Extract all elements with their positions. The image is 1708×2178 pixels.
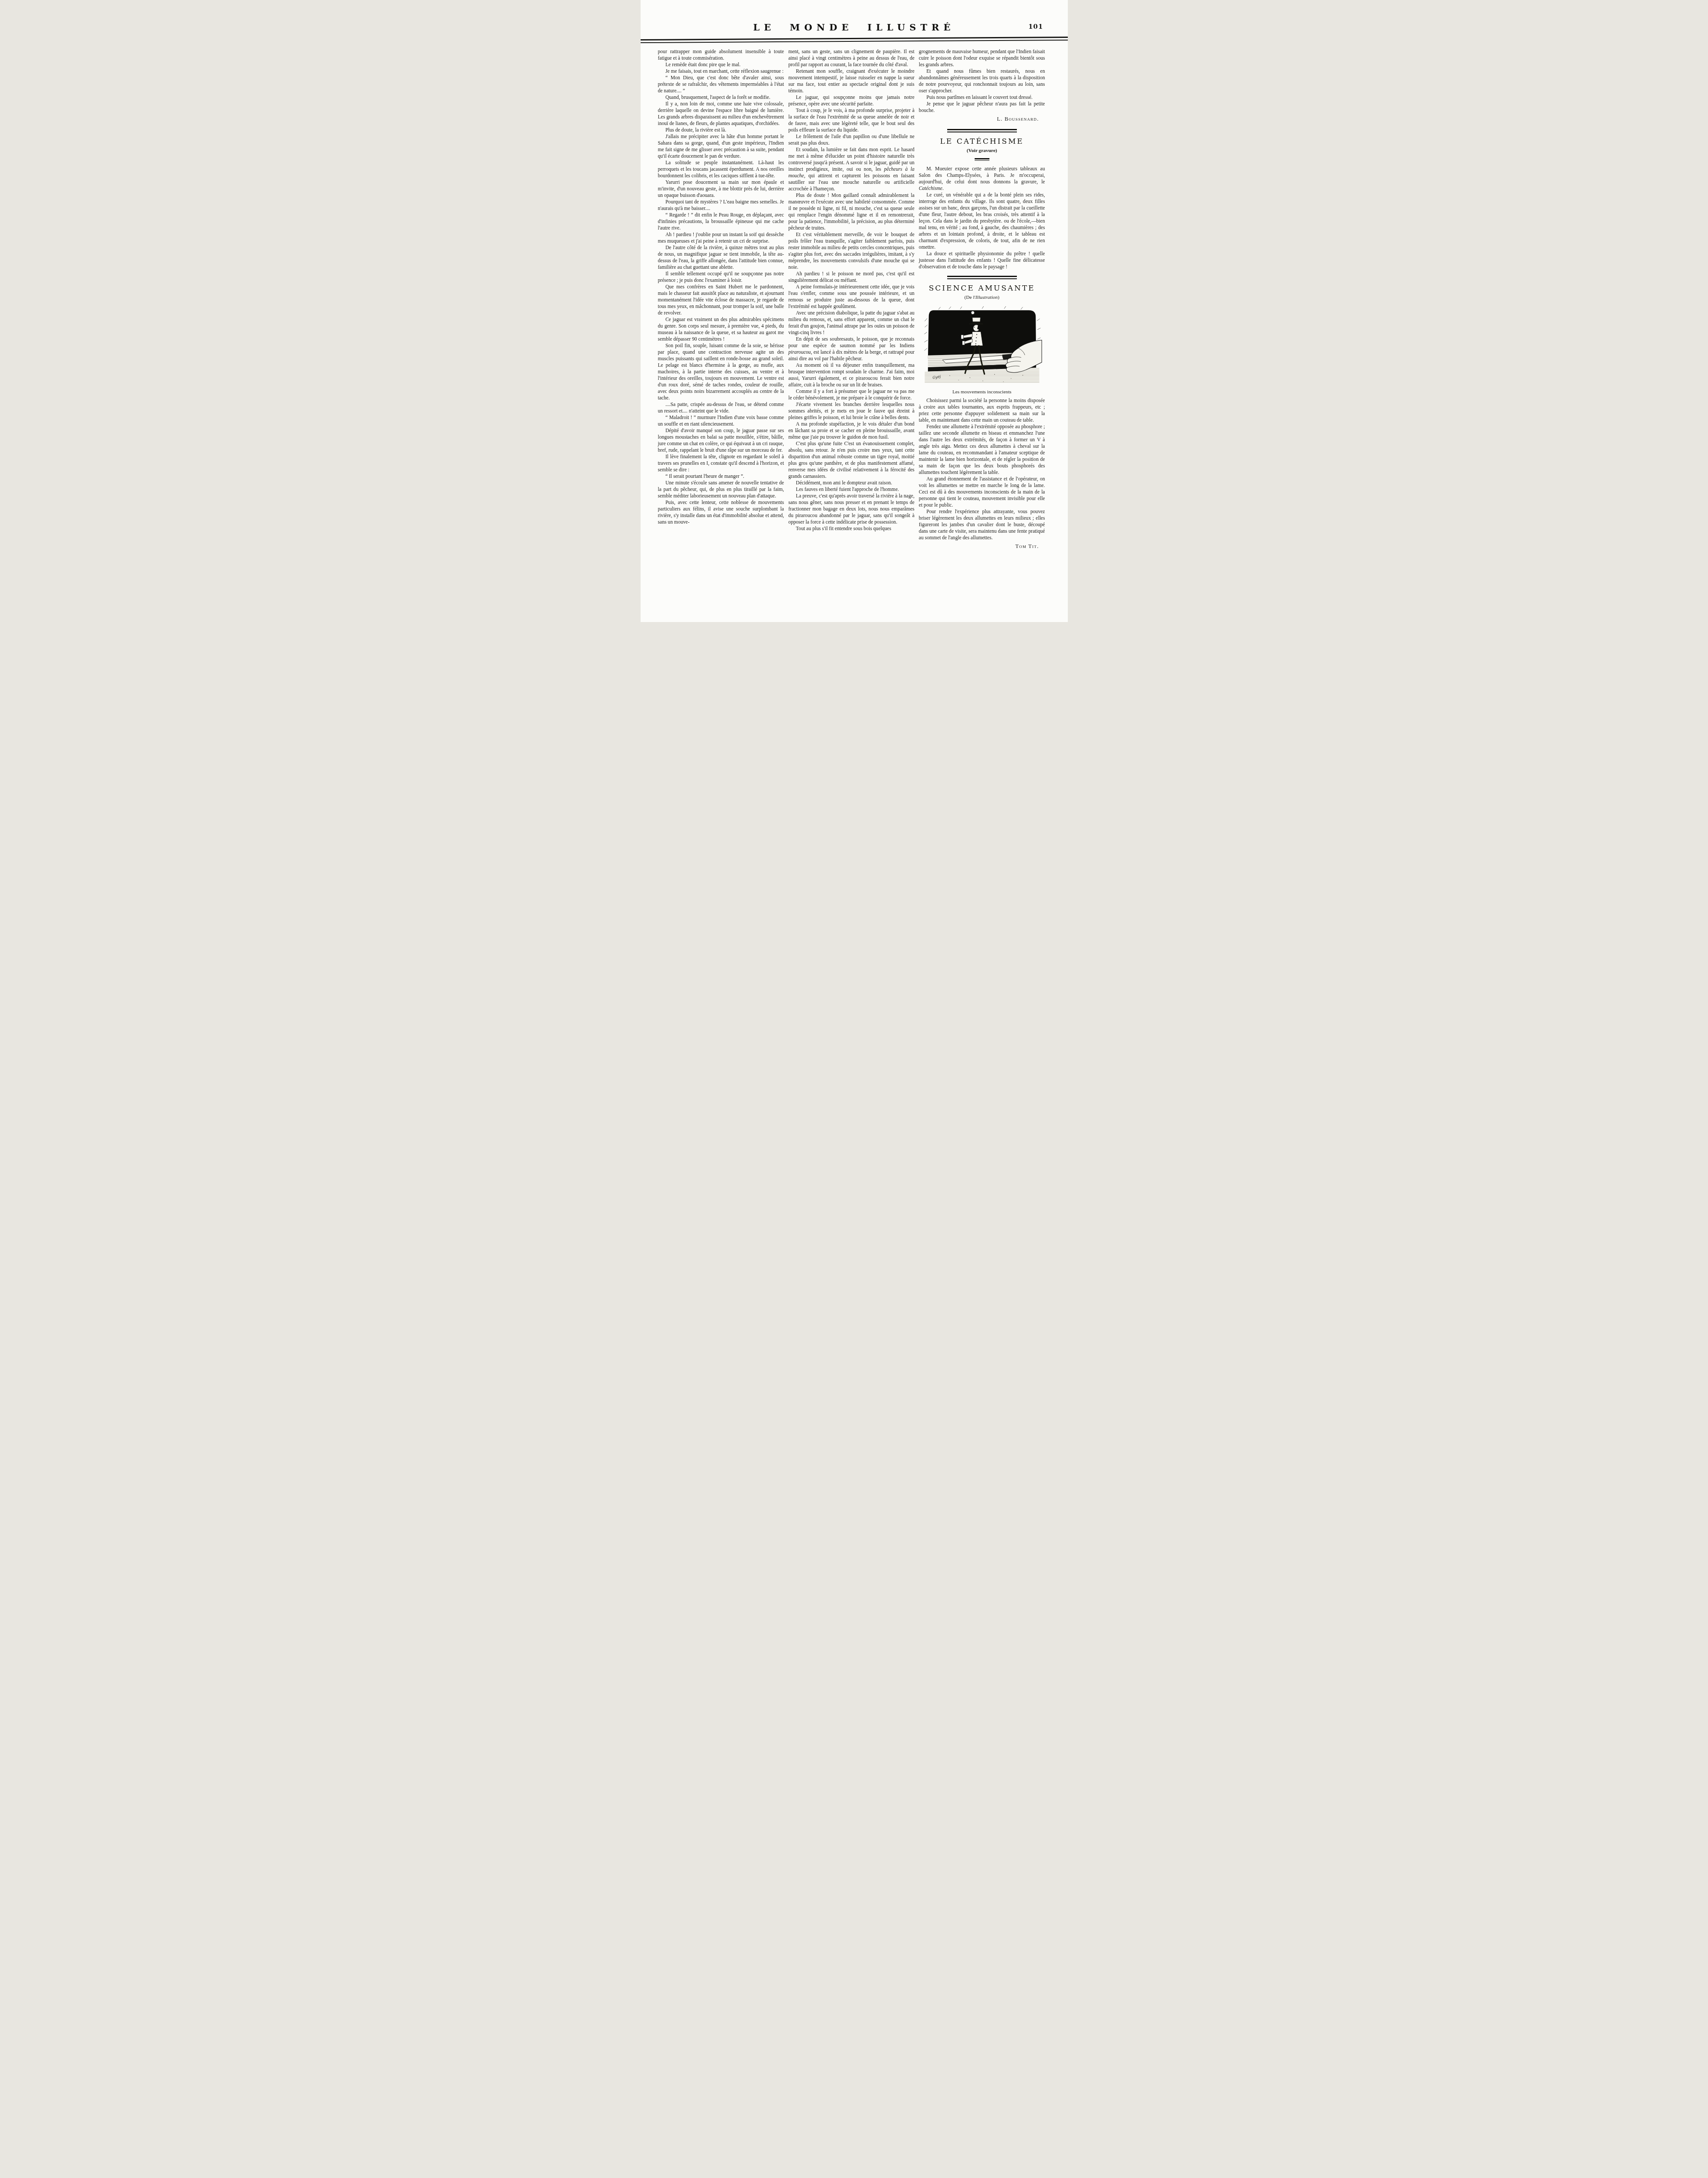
paragraph: Ah ! pardieu ! j'oublie pour un instant … xyxy=(658,231,784,244)
text-run: Choisissez parmi la société la personne … xyxy=(919,398,1045,423)
paragraph: Ah pardieu ! si le poisson ne mord pas, … xyxy=(788,271,915,284)
paragraph: “ Il serait pourtant l'heure de manger ”… xyxy=(658,473,784,480)
text-run: En dépit de ses soubresauts, le poisson,… xyxy=(788,336,915,348)
text-run: Fendez une allumette à l'extrémité oppos… xyxy=(919,424,1045,475)
text-run: Tout à coup, je le vois, à ma profonde s… xyxy=(788,108,915,133)
text-run: (De l' xyxy=(965,295,976,300)
paragraph: Puis nous partîmes en laissant le couver… xyxy=(919,94,1045,101)
paragraph: Avec une précision diabolique, la patte … xyxy=(788,310,915,336)
text-run: “ Maladroit ! ” murmure l'Indien d'une v… xyxy=(658,415,784,427)
text-run: M. Mueuier expose cette année plusieurs … xyxy=(919,166,1045,185)
paragraph: Une minute s'écoule sans amener de nouve… xyxy=(658,480,784,499)
text-run: LE CATÉCHISME xyxy=(940,137,1024,146)
italic-text: piraroucou xyxy=(788,349,811,355)
text-run: . xyxy=(942,186,944,191)
text-run: Les mouvements inconscients xyxy=(952,389,1012,395)
text-run: C'est plus qu'une fuite C'est un évanoui… xyxy=(788,441,915,479)
paragraph: Il lève finalement la tête, clignote en … xyxy=(658,453,784,473)
text-run: Puis, avec cette lenteur, cette noblesse… xyxy=(658,500,784,525)
paragraph: Yarurri pose doucement sa main sur mon é… xyxy=(658,179,784,199)
text-run: La solitude se peuple instantanément. Là… xyxy=(658,160,784,179)
section-divider xyxy=(975,158,989,161)
text-run: pour rattrapper mon guide absolument ins… xyxy=(658,49,784,61)
text-run: “ Il serait pourtant l'heure de manger ”… xyxy=(665,473,744,479)
section-divider xyxy=(947,129,1017,132)
text-run: Il lève finalement la tête, clignote en … xyxy=(658,454,784,473)
text-run: SCIENCE AMUSANTE xyxy=(929,284,1035,293)
text-run: ....Sa patte, crispée au-dessus de l'eau… xyxy=(658,402,784,414)
text-run: Dépité d'avoir manqué son coup, le jagua… xyxy=(658,428,784,453)
paragraph: Le curé, un vénérable qui a de la bonté … xyxy=(919,192,1045,250)
text-run: Il y a, non loin de moi, comme une haie … xyxy=(658,101,784,126)
text-run: La preuve, c'est qu'après avoir traversé… xyxy=(788,493,915,525)
engraving-drawing: Gyej xyxy=(922,306,1043,385)
paragraph: J'écarte vivement les branches derrière … xyxy=(788,401,915,421)
paragraph: Pourquoi tant de mystères ? L'eau baigne… xyxy=(658,199,784,212)
paragraph: ment, sans un geste, sans un clignement … xyxy=(788,48,915,68)
paragraph: A peine formulais-je intérieurement cett… xyxy=(788,284,915,310)
paragraph: J'allais me précipiter avec la hâte d'un… xyxy=(658,133,784,159)
paragraph: Le frôlement de l'aile d'un papillon ou … xyxy=(788,133,915,146)
paragraph: grognements de mauvaise humeur, pendant … xyxy=(919,48,1045,68)
text-run: Il semble tellement occupé qu'il ne soup… xyxy=(658,271,784,283)
paragraph: Il y a, non loin de moi, comme une haie … xyxy=(658,101,784,127)
paragraph: A ma profonde stupéfaction, je le vois d… xyxy=(788,421,915,440)
paragraph: Pour rendre l'expérience plus attrayante… xyxy=(919,508,1045,541)
text-run: Ce jaguar est vraiment un des plus admir… xyxy=(658,317,784,342)
magazine-page: LE MONDE ILLUSTRÉ 101 pour rattrapper mo… xyxy=(641,0,1068,622)
text-run: Ah pardieu ! si le poisson ne mord pas, … xyxy=(788,271,915,283)
text-run: Et c'est véritablement merveille, de voi… xyxy=(788,232,915,270)
text-run: A peine formulais-je intérieurement cett… xyxy=(788,284,915,309)
text-run: La douce et spirituelle physionomie du p… xyxy=(919,251,1045,270)
page-number: 101 xyxy=(1028,23,1043,30)
section-heading: SCIENCE AMUSANTE xyxy=(919,285,1045,292)
text-run: J'allais me précipiter avec la hâte d'un… xyxy=(658,134,784,159)
text-run: Yarurri pose doucement sa main sur mon é… xyxy=(658,179,784,198)
paragraph: Que mes confrères en Saint Hubert me le … xyxy=(658,284,784,316)
paragraph: Dépité d'avoir manqué son coup, le jagua… xyxy=(658,427,784,453)
paragraph: Le jaguar, qui soupçonne moins que jamai… xyxy=(788,94,915,107)
text-run: ) xyxy=(998,295,999,300)
text-run: Je me faisais, tout en marchant, cette r… xyxy=(665,68,783,74)
figure-caption: Les mouvements inconscients xyxy=(922,389,1043,396)
text-run: Ah ! pardieu ! j'oublie pour un instant … xyxy=(658,232,784,244)
text-run: Tom Tit. xyxy=(1015,543,1039,549)
text-run: , qui attirent et capturent les poissons… xyxy=(788,173,915,192)
section-heading: LE CATÉCHISME xyxy=(919,139,1045,145)
paragraph: La preuve, c'est qu'après avoir traversé… xyxy=(788,493,915,525)
paragraph: pour rattrapper mon guide absolument ins… xyxy=(658,48,784,61)
text-run: A ma profonde stupéfaction, je le vois d… xyxy=(788,421,915,440)
masthead: LE MONDE ILLUSTRÉ 101 xyxy=(641,0,1068,33)
engraving-illustration: Gyej Les mouvements inconscients xyxy=(922,306,1043,396)
paragraph: Et c'est véritablement merveille, de voi… xyxy=(788,231,915,271)
paragraph: Quand, brusquement, l'aspect de la forêt… xyxy=(658,94,784,101)
paragraph: M. Mueuier expose cette année plusieurs … xyxy=(919,166,1045,192)
text-run: Les fauves en liberté fuient l'approche … xyxy=(796,487,899,492)
italic-text: Catéchisme xyxy=(919,186,942,191)
paragraph: Et soudain, la lumière se fait dans mon … xyxy=(788,146,915,192)
text-run: Puis nous partîmes en laissant le couver… xyxy=(926,95,1033,100)
paragraph: La solitude se peuple instantanément. Là… xyxy=(658,159,784,179)
italic-text: Illustration xyxy=(976,295,998,300)
section-subheading: (De l'Illustration) xyxy=(919,294,1045,301)
text-run: L. Boussenard. xyxy=(997,116,1039,122)
text-run: Au grand étonnement de l'assistance et d… xyxy=(919,476,1045,508)
paragraph: En dépit de ses soubresauts, le poisson,… xyxy=(788,336,915,362)
paragraph: Ce jaguar est vraiment un des plus admir… xyxy=(658,316,784,342)
paragraph: Le remède était donc pire que le mal. xyxy=(658,61,784,68)
text-run: Avec une précision diabolique, la patte … xyxy=(788,310,915,335)
paragraph: ....Sa patte, crispée au-dessus de l'eau… xyxy=(658,401,784,414)
paragraph: “ Regarde ! ” dit enfin le Peau Rouge, e… xyxy=(658,212,784,231)
text-run: Pour rendre l'expérience plus attrayante… xyxy=(919,509,1045,541)
section-subheading: (Voir gravure) xyxy=(919,148,1045,154)
paragraph: Fendez une allumette à l'extrémité oppos… xyxy=(919,423,1045,476)
text-run: J'écarte vivement les branches derrière … xyxy=(788,402,915,420)
text-run: Je pense que le jaguar pêcheur n'aura pa… xyxy=(919,101,1045,113)
paragraph: Je me faisais, tout en marchant, cette r… xyxy=(658,68,784,74)
text-run: Tout au plus s'il fit entendre sous bois… xyxy=(796,526,891,531)
text-run: Plus de doute ! Mon gaillard connaît adm… xyxy=(788,193,915,231)
text-run: Pourquoi tant de mystères ? L'eau baigne… xyxy=(658,199,784,211)
text-run: Le curé, un vénérable qui a de la bonté … xyxy=(919,192,1045,250)
text-column-left: pour rattrapper mon guide absolument ins… xyxy=(658,48,784,525)
paragraph: Il semble tellement occupé qu'il ne soup… xyxy=(658,271,784,284)
magazine-title: LE MONDE ILLUSTRÉ xyxy=(753,22,955,33)
paragraph: Son poil fin, souple, luisant comme de l… xyxy=(658,342,784,401)
text-run: Que mes confrères en Saint Hubert me le … xyxy=(658,284,784,316)
text-run: Le remède était donc pire que le mal. xyxy=(665,62,741,68)
text-run: Comme il y a fort à présumer que le jagu… xyxy=(788,389,915,401)
text-run: Décidément, mon ami le dompteur avait ra… xyxy=(796,480,892,486)
section-divider xyxy=(947,276,1017,279)
paragraph: Et quand nous fûmes bien restaurés, nous… xyxy=(919,68,1045,94)
page-content: pour rattrapper mon guide absolument ins… xyxy=(641,42,1068,562)
text-run: “ Regarde ! ” dit enfin le Peau Rouge, e… xyxy=(658,212,784,231)
paragraph: Décidément, mon ami le dompteur avait ra… xyxy=(788,480,915,486)
paragraph: Les fauves en liberté fuient l'approche … xyxy=(788,486,915,493)
text-run: De l'autre côté de la rivière, à quinze … xyxy=(658,245,784,270)
paragraph: De l'autre côté de la rivière, à quinze … xyxy=(658,244,784,271)
paragraph: La douce et spirituelle physionomie du p… xyxy=(919,250,1045,270)
text-column-right: grognements de mauvaise humeur, pendant … xyxy=(919,48,1045,551)
text-run: Plus de doute, la rivière est là. xyxy=(665,127,726,133)
text-run: Retenant mon souffle, craignant d'exécut… xyxy=(788,68,915,94)
author-signature: L. Boussenard. xyxy=(919,114,1045,123)
paragraph: Tout au plus s'il fit entendre sous bois… xyxy=(788,525,915,532)
text-run: Le frôlement de l'aile d'un papillon ou … xyxy=(788,134,915,146)
paragraph: “ Mon Dieu, que c'est donc bête d'avaler… xyxy=(658,74,784,94)
paragraph: C'est plus qu'une fuite C'est un évanoui… xyxy=(788,440,915,480)
text-run: Et quand nous fûmes bien restaurés, nous… xyxy=(919,68,1045,94)
text-run: Le jaguar, qui soupçonne moins que jamai… xyxy=(788,95,915,107)
text-run: grognements de mauvaise humeur, pendant … xyxy=(919,49,1045,68)
paragraph: Puis, avec cette lenteur, cette noblesse… xyxy=(658,499,784,525)
author-signature: Tom Tit. xyxy=(919,541,1045,551)
text-run: Au moment où il va déjeuner enfin tranqu… xyxy=(788,362,915,388)
paragraph: “ Maladroit ! ” murmure l'Indien d'une v… xyxy=(658,414,784,427)
paragraph: Au grand étonnement de l'assistance et d… xyxy=(919,476,1045,508)
text-run: Quand, brusquement, l'aspect de la forêt… xyxy=(665,95,770,100)
text-column-middle: ment, sans un geste, sans un clignement … xyxy=(788,48,915,532)
paragraph: Comme il y a fort à présumer que le jagu… xyxy=(788,388,915,401)
paragraph: Plus de doute ! Mon gaillard connaît adm… xyxy=(788,192,915,231)
paragraph: Choisissez parmi la société la personne … xyxy=(919,397,1045,423)
text-run: ment, sans un geste, sans un clignement … xyxy=(788,49,915,68)
text-run: (Voir gravure) xyxy=(967,148,997,153)
paragraph: Plus de doute, la rivière est là. xyxy=(658,127,784,133)
paragraph: Retenant mon souffle, craignant d'exécut… xyxy=(788,68,915,94)
paragraph: Je pense que le jaguar pêcheur n'aura pa… xyxy=(919,101,1045,114)
text-run: “ Mon Dieu, que c'est donc bête d'avaler… xyxy=(658,75,784,94)
text-run: Une minute s'écoule sans amener de nouve… xyxy=(658,480,784,499)
paragraph: Tout à coup, je le vois, à ma profonde s… xyxy=(788,107,915,133)
text-run: Son poil fin, souple, luisant comme de l… xyxy=(658,343,784,401)
paragraph: Au moment où il va déjeuner enfin tranqu… xyxy=(788,362,915,388)
